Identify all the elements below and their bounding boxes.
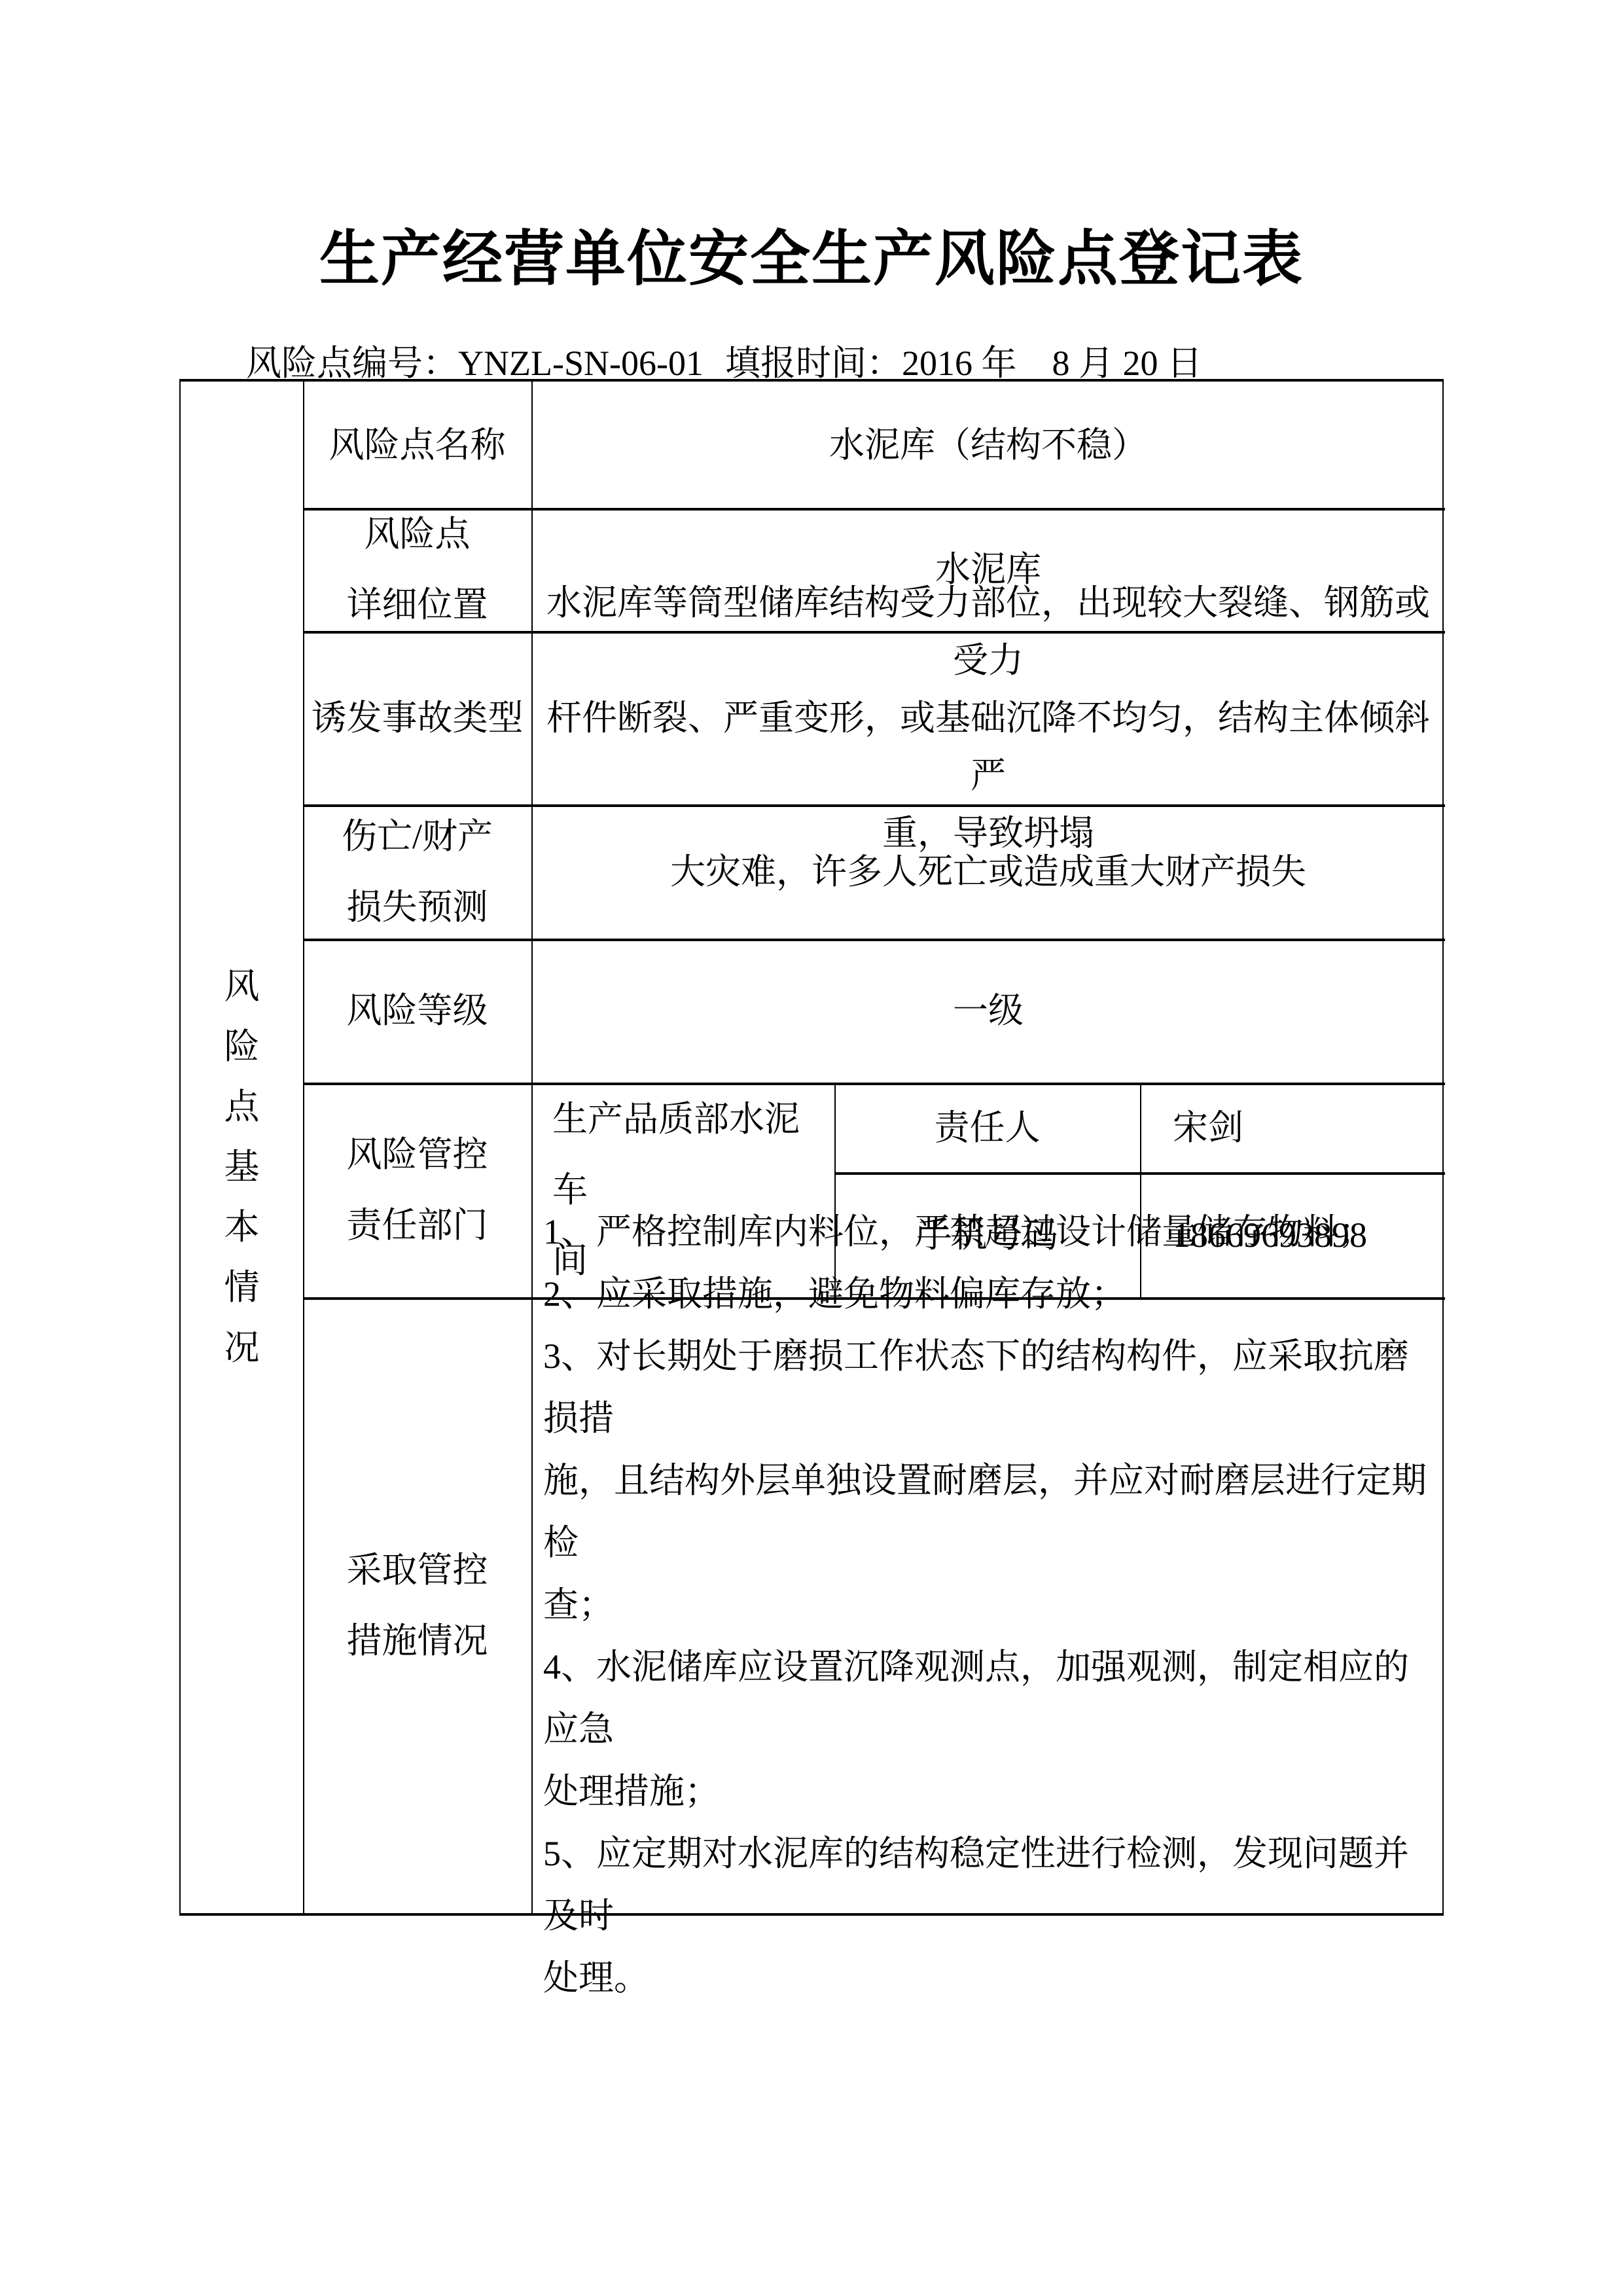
risk-registration-table: 风 险 点 基 本 情 况 风险点名称 水泥库（结构不稳） 风险点 详细位置 水…: [179, 379, 1444, 1916]
value-loss-forecast: 大灾难，许多人死亡或造成重大财产损失: [531, 804, 1445, 939]
risk-point-number-label: 风险点编号：: [246, 344, 458, 383]
side-label-char: 风: [224, 956, 260, 1016]
label-control-measures: 采取管控 措施情况: [303, 1297, 531, 1913]
value-loss-forecast-text: 大灾难，许多人死亡或造成重大财产损失: [670, 836, 1306, 907]
value-control-measures: 1、严格控制库内料位，严禁超过设计储量储存物料； 2、应采取措施，避免物料偏库存…: [531, 1297, 1445, 1913]
value-control-measures-line: 3、对长期处于磨损工作状态下的结构构件，应采取抗磨损措: [543, 1325, 1432, 1450]
label-loss-forecast-line: 损失预测: [347, 872, 488, 942]
fill-date: 填报时间：2016 年 8 月 20 日: [725, 335, 1202, 386]
document-page: 生产经营单位安全生产风险点登记表 风险点编号：YNZL-SN-06-01 填报时…: [0, 0, 1623, 2296]
meta-line: 风险点编号：YNZL-SN-06-01 填报时间：2016 年 8 月 20 日: [0, 335, 1623, 381]
side-label-char: 情: [224, 1257, 260, 1318]
risk-point-number: 风险点编号：YNZL-SN-06-01: [246, 335, 704, 386]
value-control-measures-line: 4、水泥储库应设置沉降观测点，加强观测，制定相应的应急: [543, 1636, 1432, 1761]
fill-date-label: 填报时间：: [725, 344, 902, 383]
label-location: 风险点 详细位置: [303, 508, 531, 631]
label-risk-name-text: 风险点名称: [329, 410, 506, 480]
side-label-basic-info: 风 险 点 基 本 情 况: [181, 382, 303, 1913]
label-location-line: 风险点: [365, 499, 471, 569]
side-label-char: 险: [224, 1016, 260, 1077]
value-risk-name-text: 水泥库（结构不稳）: [829, 410, 1147, 480]
value-control-measures-line: 查；: [543, 1574, 614, 1636]
side-label-char: 基: [224, 1137, 260, 1197]
label-loss-forecast-line: 伤亡/财产: [342, 801, 493, 872]
label-risk-name: 风险点名称: [303, 382, 531, 508]
label-risk-level: 风险等级: [303, 939, 531, 1083]
label-responsible-person-text: 责任人: [935, 1092, 1041, 1163]
value-accident-type-line: 水泥库等筒型储库结构受力部位，出现较大裂缝、钢筋或受力: [531, 574, 1445, 689]
value-risk-level-text: 一级: [953, 975, 1024, 1046]
value-control-measures-line: 2、应采取措施，避免物料偏库存放；: [543, 1263, 1126, 1325]
side-label-text: 风 险 点 基 本 情 况: [224, 956, 260, 1378]
label-control-dept-line: 风险管控: [347, 1119, 488, 1190]
risk-point-number-value: YNZL-SN-06-01: [458, 344, 704, 383]
label-accident-type: 诱发事故类型: [303, 631, 531, 804]
label-accident-type-text: 诱发事故类型: [312, 683, 524, 753]
label-control-measures-line: 采取管控: [347, 1535, 488, 1605]
value-responsible-person: 宋剑: [1140, 1083, 1445, 1172]
value-risk-level: 一级: [531, 939, 1445, 1083]
label-responsible-person: 责任人: [834, 1083, 1140, 1172]
value-control-measures-line: 处理措施；: [543, 1761, 720, 1823]
value-control-measures-line: 处理。: [543, 1947, 649, 2009]
page-title: 生产经营单位安全生产风险点登记表: [0, 211, 1623, 297]
side-label-char: 况: [224, 1318, 260, 1378]
value-risk-name: 水泥库（结构不稳）: [531, 382, 1445, 508]
label-control-measures-line: 措施情况: [347, 1605, 488, 1676]
label-loss-forecast: 伤亡/财产 损失预测: [303, 804, 531, 939]
value-control-measures-line: 5、应定期对水泥库的结构稳定性进行检测，发现问题并及时: [543, 1823, 1432, 1947]
label-control-dept-line: 责任部门: [347, 1190, 488, 1261]
fill-date-value: 2016 年 8 月 20 日: [902, 344, 1202, 383]
label-risk-level-text: 风险等级: [347, 975, 488, 1046]
value-control-measures-line: 施，且结构外层单独设置耐磨层，并应对耐磨层进行定期检: [543, 1450, 1432, 1574]
value-accident-type-line: 杆件断裂、严重变形，或基础沉降不均匀，结构主体倾斜严: [531, 689, 1445, 804]
value-control-measures-line: 1、严格控制库内料位，严禁超过设计储量储存物料；: [543, 1201, 1374, 1263]
side-label-char: 点: [224, 1077, 260, 1137]
label-location-line: 详细位置: [347, 569, 488, 640]
label-control-dept: 风险管控 责任部门: [303, 1083, 531, 1297]
value-responsible-person-text: 宋剑: [1173, 1092, 1243, 1163]
value-accident-type: 水泥库等筒型储库结构受力部位，出现较大裂缝、钢筋或受力 杆件断裂、严重变形，或基…: [531, 631, 1445, 804]
side-label-char: 本: [224, 1197, 260, 1257]
